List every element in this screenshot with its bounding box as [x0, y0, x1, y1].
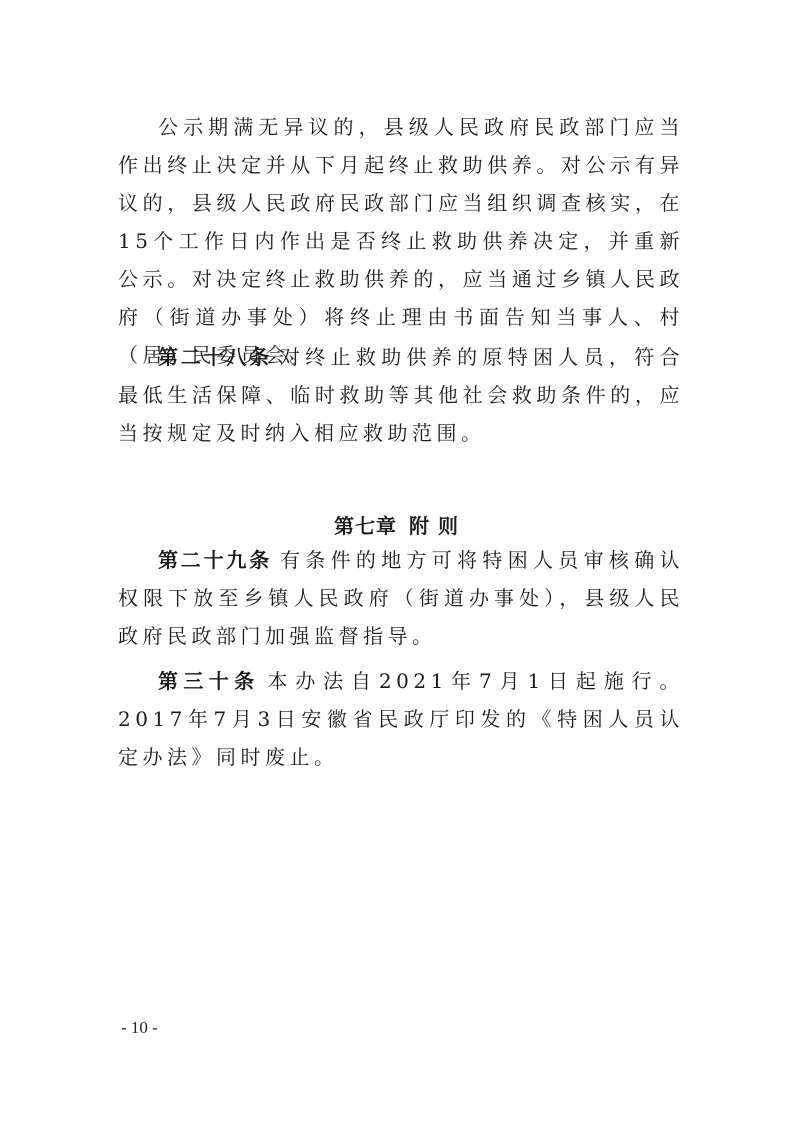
article-heading: 第二十九条: [158, 548, 272, 572]
article-heading: 第二十八条: [158, 345, 272, 369]
chapter-title: 附 则: [409, 514, 459, 538]
chapter-heading: 第七章附 则: [0, 510, 793, 539]
paragraph-text: 公示期满无异议的，县级人民政府民政部门应当作出终止决定并从下月起终止救助供养。对…: [118, 108, 684, 374]
article-29: 第二十九条有条件的地方可将特困人员审核确认权限下放至乡镇人民政府（街道办事处），…: [118, 541, 684, 655]
article-heading: 第三十条: [158, 669, 259, 693]
chapter-number: 第七章: [334, 514, 397, 538]
paragraph-public-notice: 公示期满无异议的，县级人民政府民政部门应当作出终止决定并从下月起终止救助供养。对…: [118, 108, 684, 374]
article-30: 第三十条本办法自2021年7月1日起施行。2017年7月3日安徽省民政厅印发的《…: [118, 662, 684, 776]
document-page: 公示期满无异议的，县级人民政府民政部门应当作出终止决定并从下月起终止救助供养。对…: [0, 0, 793, 1122]
article-28: 第二十八条对终止救助供养的原特困人员，符合最低生活保障、临时救助等其他社会救助条…: [118, 338, 684, 452]
page-number: - 10 -: [121, 1018, 158, 1038]
